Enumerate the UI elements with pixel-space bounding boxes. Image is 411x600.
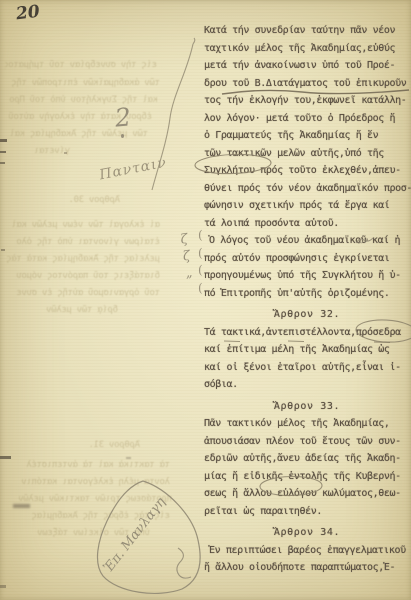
bleedthrough-line: διατάξεις τοῦ παρόντος νόμου [0, 271, 160, 283]
paren-mark: ( [198, 246, 203, 260]
typed-line: μετά τήν ἀνακοίνωσιν ὑπό τοῦ Προέ- [204, 57, 410, 75]
bleedthrough-line: καὶ τῆς Συγκλήτου ὑπὸ τοῦ Προ [0, 95, 158, 107]
edge-smudge [0, 139, 7, 142]
paren-mark: ( [198, 263, 203, 277]
typed-line: ταχτικόν μέλος τῆς Ἀκαδημίας,εὐθύς [204, 40, 410, 58]
edge-smudge [0, 585, 6, 588]
typed-line: φώνησιν σχετικήν πρός τά ἔργα καί [204, 197, 410, 215]
typed-line: δρου τοῦ Β.Διατάγματος τοῦ ἐπικυροῦν [204, 75, 410, 93]
typed-line: πό Ἐπιτροπῆς ὑπ'αὐτῆς ὁριζομένης. [204, 285, 410, 303]
typed-line: λον λόγον· μετά τοῦτο ὁ Πρόεδρος ἤ [204, 110, 410, 128]
paper-speck [126, 457, 131, 459]
typed-line: Τά τακτικά,ἀντεπιστέλλοντα,πρόσεδρα [204, 324, 410, 342]
typed-line: Πᾶν τακτικόν μέλος τῆς Ἀκαδημίας, [204, 415, 410, 433]
bleedthrough-line: τοῦ ὀργανισμοῦ αὐτῆς ἐν συνε [0, 288, 160, 300]
bleedthrough-line: τὰ τακτικὰ καὶ τὰ ἀντεπιστέλ [0, 460, 170, 472]
typed-line: τος τήν ἐκλογήν του,ἐκφωνεῖ κατάλλη- [204, 92, 410, 110]
bleedthrough-line: Ἄρθρον 31. [32, 440, 140, 452]
scanned-document-page: εἰς τὴν συνεδρίαν τοῦ τμήματοςτῶν ἀκαδημ… [0, 0, 411, 600]
bleedthrough-line: μελείας τῆς Ἀκαδημίας κατὰ τὰς [0, 254, 160, 266]
typed-line: εδριῶν αὐτῆς,ἄνευ ἀδείας τῆς Ἀκαδη- [204, 450, 410, 468]
bleedthrough-line: δρίᾳ τῶν μελῶν [0, 305, 118, 317]
typed-line: προηγουμένως ὑπό τῆς Συγκλήτου ἤ ὑ- [204, 267, 410, 285]
typed-line: Ἄρθρον 34. [204, 524, 410, 542]
bleedthrough-line: Ἄρθρον 30. [42, 195, 120, 207]
typed-line: τῶν τακτικῶν μελῶν αὐτῆς,ὑπό τῆς [204, 145, 410, 163]
bleedthrough-line: εἰς τὰς ἑδρὰς τῆς Ἀκαδημίας [0, 511, 170, 523]
typed-text-block: Κατά τήν συνεδρίαν ταύτην πᾶν νέονταχτικ… [204, 22, 410, 577]
typed-line: καί οἱ ξένοι ἑταῖροι αὐτῆς,εἶναι ἰ- [204, 359, 410, 377]
edge-smudge [0, 151, 6, 153]
typed-line: πρός αὐτόν προσφώνησις ἐγκρίνεται [204, 250, 410, 268]
edge-smudge [0, 162, 5, 164]
bleedthrough-line: τῶν ἀκαδημαϊκῶν ἐπιτροπῶν τῆς [0, 78, 160, 90]
typed-line: Ὁ λόγος τοῦ νέου ἀκαδημαϊκοῦ καί ἡ [204, 232, 410, 250]
typed-line: ἀπουσιάσαν πλέον τοῦ ἔτους τῶν συν- [204, 433, 410, 451]
typed-line: Συγκλήτου πρός τοῦτο ἐκλεχθέν,ἀπευ- [204, 162, 410, 180]
bleedthrough-line: αἱ ἐκλογαὶ τῶν νέων μελῶν καὶ [0, 220, 160, 232]
bleedthrough-line: ὑπὸ τῶν οἰκείων τάξεων [0, 528, 150, 540]
bleedthrough-line: γίνεται [10, 146, 70, 158]
paper-speck [64, 152, 67, 154]
bleedthrough-line: ἐδρου κατὰ τὴν ἐκλογὴν αὐτοῦ [0, 112, 152, 124]
typed-line: θύνει πρός τόν νέον ἀκαδημαϊκόν προσ- [204, 180, 410, 198]
bleedthrough-line: τῶν μελῶν τῆς Ἀκαδημίας καὶ [0, 129, 148, 141]
typed-line: μίας ἤ εἰδικῆς ἐντολῆς τῆς Κυβερνή- [204, 468, 410, 486]
typed-line: τά λοιπά προσόντα αὐτοῦ. [204, 215, 410, 233]
bleedthrough-line: λοντα μέλη ἐκλέγονται κατόπιν [0, 477, 170, 489]
edge-smudge [1, 249, 5, 251]
paren-mark: ( [198, 281, 203, 295]
bleedthrough-line: εἰς τὴν συνεδρίαν τοῦ τμήματος [5, 60, 157, 72]
typed-line: Ἄρθρον 32. [204, 306, 410, 324]
edge-smudge [0, 456, 11, 459]
bleedthrough-line: ἑταίρων γίνονται ὑπὸ τῆς ὁλο [0, 237, 160, 249]
typed-line: Ἄρθρον 33. [204, 398, 410, 416]
paren-mark: ( [198, 228, 203, 242]
typed-line: Κατά τήν συνεδρίαν ταύτην πᾶν νέον [204, 22, 410, 40]
typed-line: Ἐν περιπτώσει βαρέος ἐπαγγελματικοῦ [204, 542, 410, 560]
typed-line: σόβια. [204, 376, 410, 394]
typed-line: ἤ ἄλλου οἱουδήποτε παραπτώματος,Ἐ- [204, 559, 410, 577]
typed-line: ρεῖται ὡς παραιτηθέν. [204, 503, 410, 521]
paper-stain [13, 504, 30, 508]
typed-line: ὁ Γραμματεύς τῆς Ἀκαδημίας ἤ ἕν [204, 127, 410, 145]
typed-line: καί ἐπίτιμα μέλη τῆς Ἀκαδημίας ὡς [204, 341, 410, 359]
typed-line: σεως ἤ ἄλλου εὐλόγου κωλύματος,θεω- [204, 485, 410, 503]
